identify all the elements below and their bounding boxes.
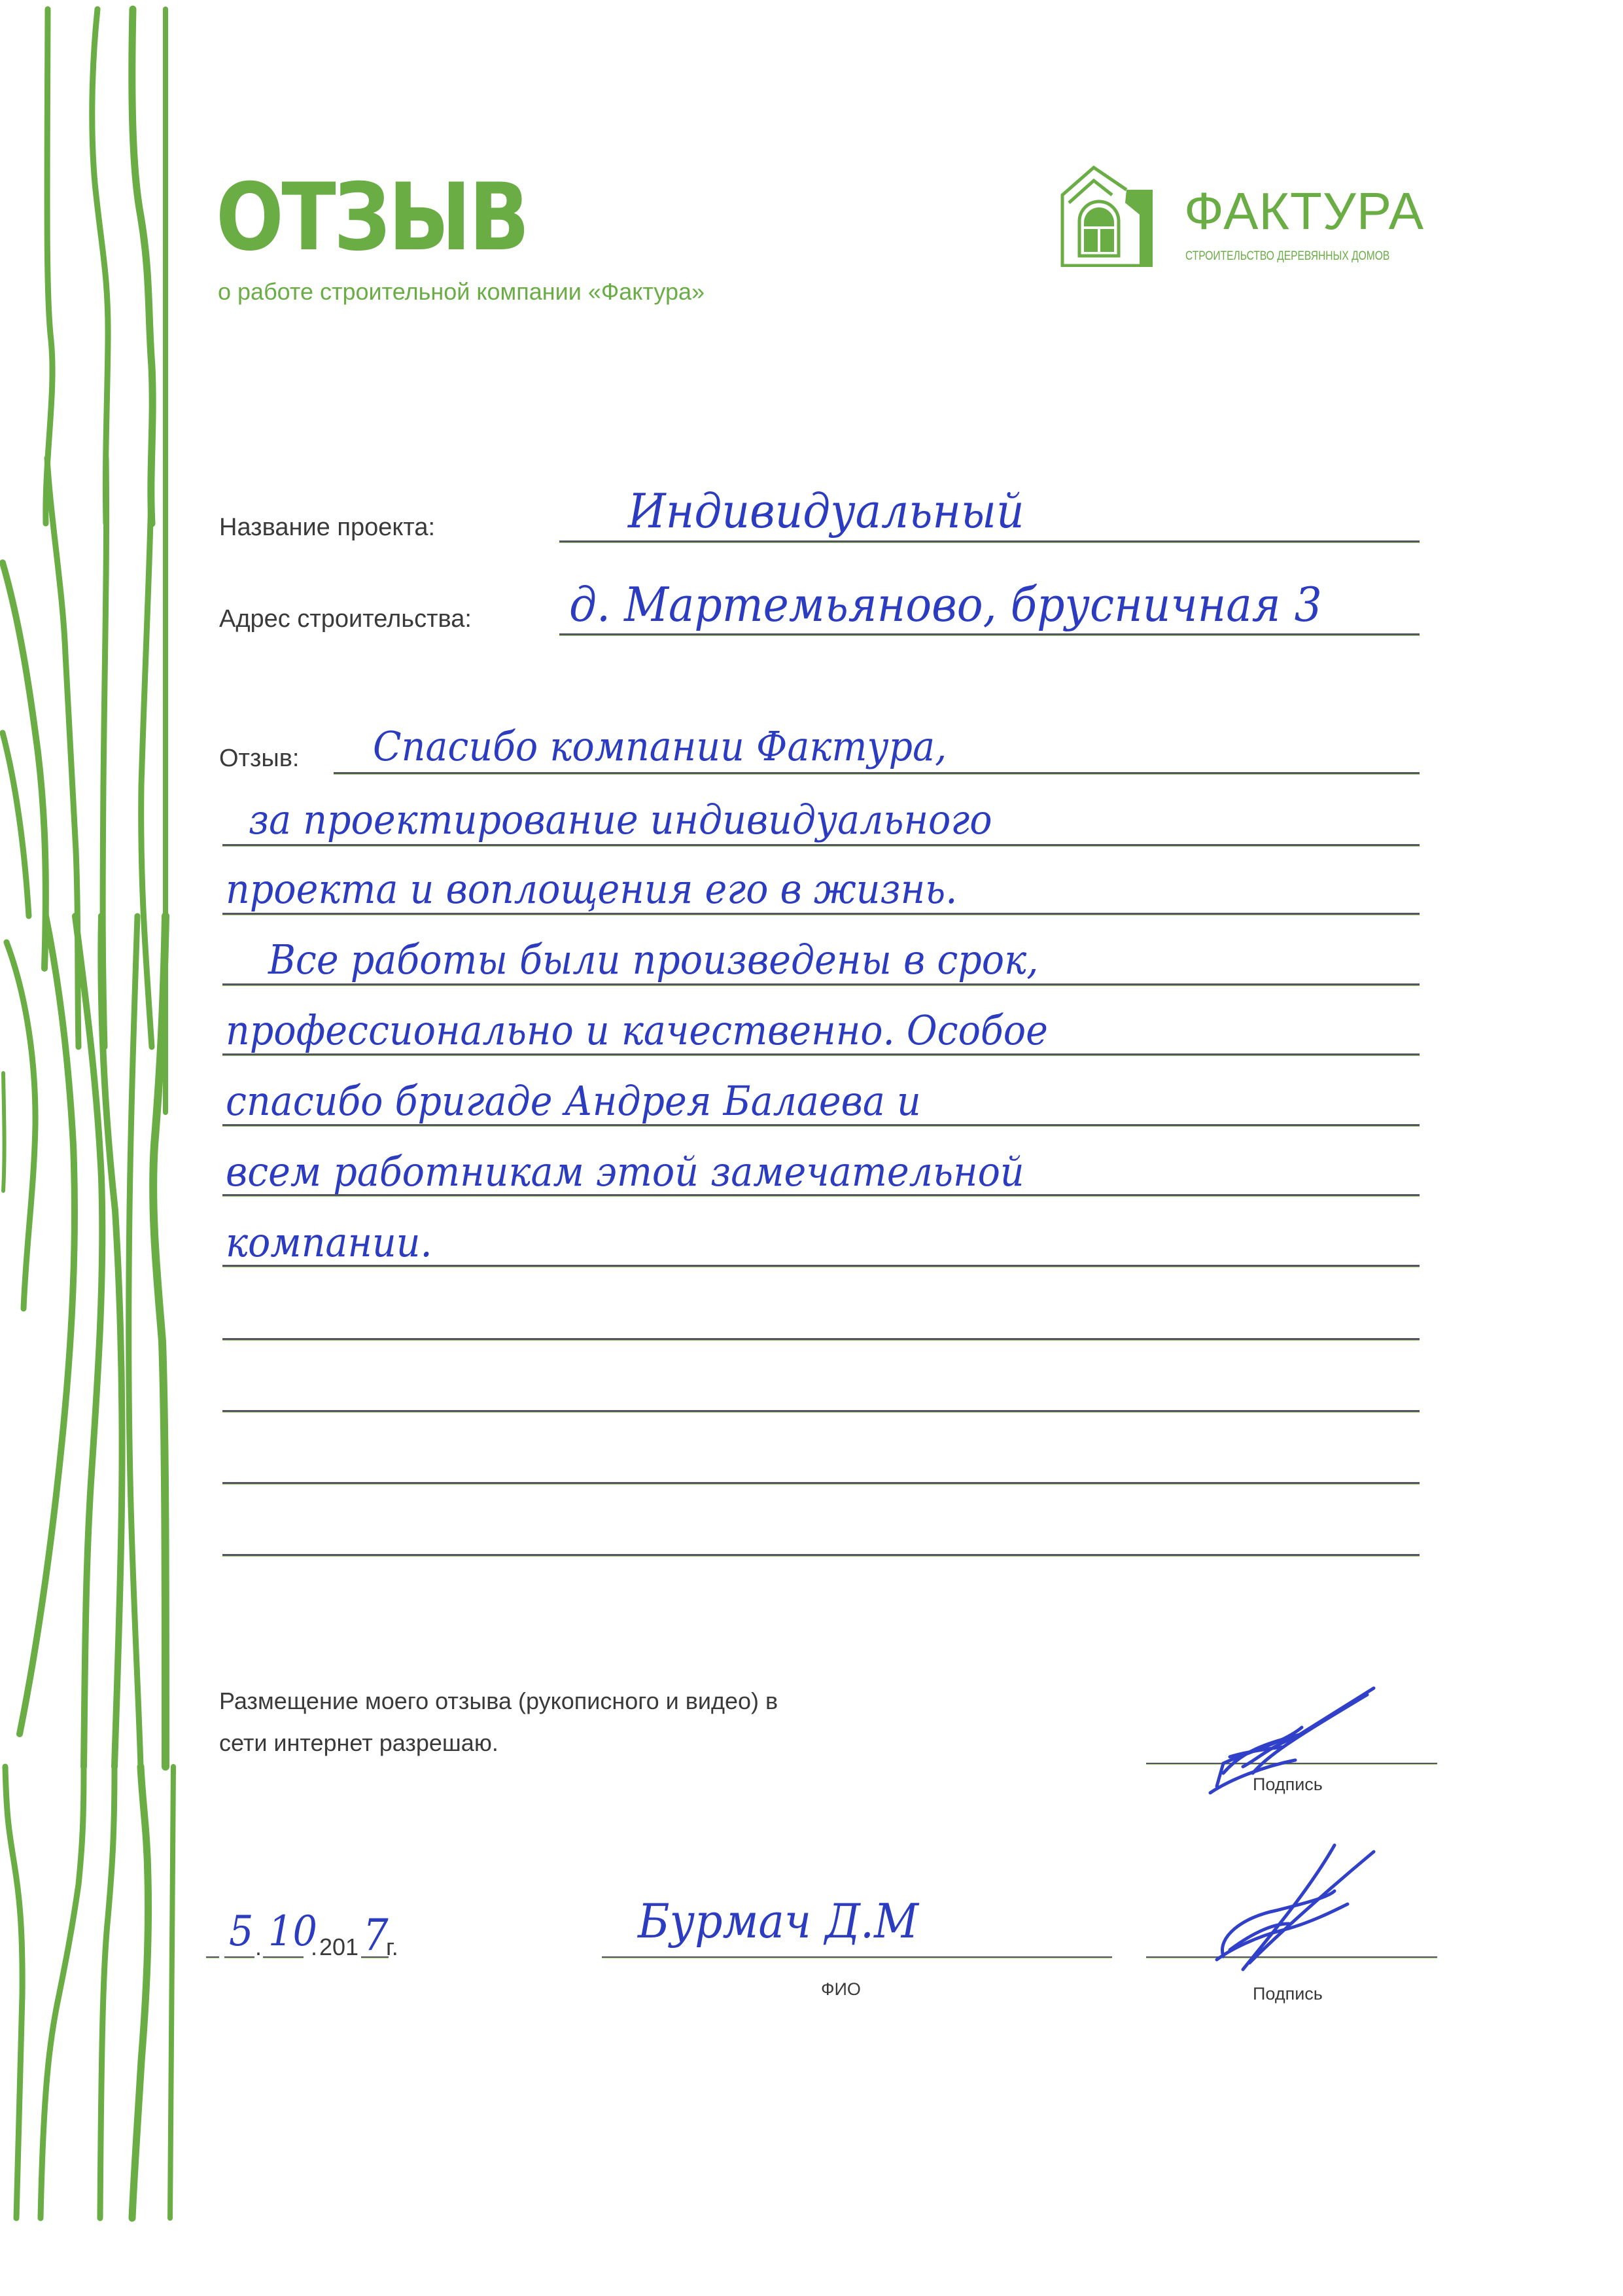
footer-signature-label: Подпись bbox=[1253, 1984, 1323, 2004]
review-line-3 bbox=[222, 913, 1420, 915]
review-text-line-6[interactable]: спасибо бригаде Андрея Балаева и bbox=[226, 1081, 921, 1122]
date-year-suffix[interactable]: 7 bbox=[363, 1914, 389, 1957]
review-text-line-7[interactable]: всем работникам этой замечательной bbox=[226, 1152, 1024, 1192]
logo-wordmark: ФАКТУРА bbox=[1184, 185, 1424, 238]
review-line-2 bbox=[222, 844, 1420, 846]
date-separator-1: . bbox=[255, 1934, 262, 1961]
address-line bbox=[559, 633, 1420, 635]
address-field[interactable]: д. Мартемьяново, брусничная 3 bbox=[569, 581, 1322, 628]
date-year-underline bbox=[361, 1956, 389, 1958]
consent-text: Размещение моего отзыва (рукописного и в… bbox=[219, 1680, 1004, 1764]
date-day-line bbox=[206, 1956, 219, 1958]
review-text-line-4[interactable]: Все работы были произведены в срок, bbox=[268, 940, 1038, 980]
review-label: Отзыв: bbox=[219, 745, 299, 773]
project-name-label: Название проекта: bbox=[219, 514, 435, 542]
review-text-line-1[interactable]: Спасибо компании Фактура, bbox=[373, 726, 947, 767]
project-name-line bbox=[559, 540, 1420, 542]
date-day-underline bbox=[224, 1956, 254, 1958]
page-subtitle: о работе строительной компании «Фактура» bbox=[218, 278, 705, 306]
date-month-underline bbox=[263, 1956, 304, 1958]
review-line-10 bbox=[222, 1410, 1420, 1412]
date-month[interactable]: 10 bbox=[268, 1911, 317, 1952]
review-line-11 bbox=[222, 1482, 1420, 1484]
review-text-line-5[interactable]: профессионально и качественно. Особое bbox=[226, 1010, 1048, 1051]
footer-signature[interactable] bbox=[1204, 1839, 1400, 1983]
consent-text-line-1: Размещение моего отзыва (рукописного и в… bbox=[219, 1680, 1004, 1722]
review-line-1 bbox=[334, 772, 1420, 774]
review-text-line-2[interactable]: за проектирование индивидуального bbox=[249, 800, 992, 840]
review-line-9 bbox=[222, 1338, 1420, 1340]
address-label: Адрес строительства: bbox=[219, 605, 472, 633]
date-year-prefix: 201 bbox=[319, 1934, 358, 1961]
consent-signature[interactable] bbox=[1204, 1682, 1387, 1799]
decorative-green-lines bbox=[0, 0, 183, 2296]
consent-text-line-2: сети интернет разрешаю. bbox=[219, 1722, 1004, 1764]
date-day[interactable]: 5 bbox=[229, 1911, 253, 1952]
fio-field[interactable]: Бурмач Д.М bbox=[638, 1898, 918, 1945]
project-name-field[interactable]: Индивидуальный bbox=[628, 487, 1024, 535]
fio-label: ФИО bbox=[821, 1979, 861, 2000]
date-separator-2: . bbox=[311, 1934, 317, 1961]
page-title: ОТЗЫВ bbox=[216, 171, 527, 264]
review-text-line-8[interactable]: компании. bbox=[226, 1222, 432, 1263]
logo-tagline: СТРОИТЕЛЬСТВО ДЕРЕВЯННЫХ ДОМОВ bbox=[1185, 249, 1389, 264]
fio-line bbox=[602, 1956, 1112, 1958]
review-line-12 bbox=[222, 1554, 1420, 1556]
review-line-4 bbox=[222, 983, 1420, 985]
review-text-line-3[interactable]: проекта и воплощения его в жизнь. bbox=[226, 869, 957, 910]
